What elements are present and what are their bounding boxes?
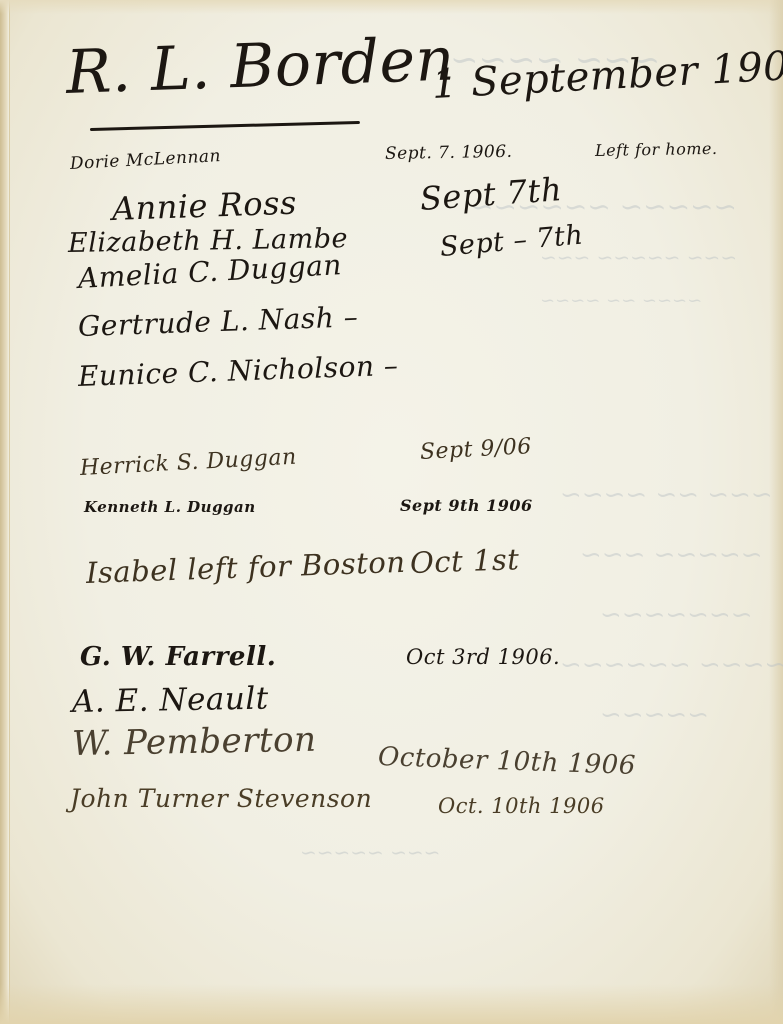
entry-name: Gertrude L. Nash – <box>77 300 358 343</box>
bleed-through-mark: ~~~ ~~ ~~~~ <box>560 480 773 510</box>
entry-name: G. W. Farrell. <box>80 642 276 672</box>
entry-date: Sept 9th 1906 <box>400 496 533 515</box>
entry-name: Eunice C. Nicholson – <box>77 349 398 393</box>
entry-note: Left for home. <box>595 139 718 160</box>
entry-date: October 10th 1906 <box>377 742 636 781</box>
page-top-edge <box>0 0 783 14</box>
bleed-through-mark: ~~~~ ~~ ~~~~ <box>540 290 702 311</box>
entry-name: Herrick S. Duggan <box>79 445 297 481</box>
bleed-through-mark: ~~~~ ~~~~~~ <box>560 650 783 680</box>
entry-date: Oct 1st <box>409 542 520 580</box>
page-spine-edge <box>0 0 10 1024</box>
entry-date: Sept 7th <box>419 170 564 218</box>
bleed-through-mark: ~~~~~ <box>600 700 709 730</box>
entry-name: W. Pemberton <box>72 720 317 764</box>
entry-name: John Turner Stevenson <box>70 784 372 813</box>
entry-name: Kenneth L. Duggan <box>84 498 256 516</box>
entry-date: Oct. 10th 1906 <box>438 794 605 818</box>
entry-date: Sept 9/06 <box>419 434 532 465</box>
register-page: ~~~ ~~~~ ~~~~~ ~~~~~~ ~~~ ~~~~~ ~~~ ~~~~… <box>0 0 783 1024</box>
page-right-edge <box>769 0 783 1024</box>
entry-date: Oct 3rd 1906. <box>406 645 560 669</box>
entry-name: Annie Ross <box>111 184 297 228</box>
bleed-through-mark: ~~~ ~~~~~ <box>300 840 440 864</box>
bleed-through-mark: ~~~~~~~ <box>600 600 753 630</box>
entry-date: Sept – 7th <box>439 220 585 263</box>
page-bottom-edge <box>0 984 783 1024</box>
entry-name: A. E. Neault <box>72 681 269 720</box>
signature-underline <box>90 121 360 131</box>
header-date: 1 September 1906. <box>431 41 783 108</box>
header-signature: R. L. Borden <box>65 24 456 108</box>
entry-name: Dorie McLennan <box>69 146 221 174</box>
entry-name: Isabel left for Boston <box>85 545 406 590</box>
bleed-through-mark: ~~~~~ ~~~ <box>580 540 763 570</box>
entry-date: Sept. 7. 1906. <box>385 142 513 164</box>
